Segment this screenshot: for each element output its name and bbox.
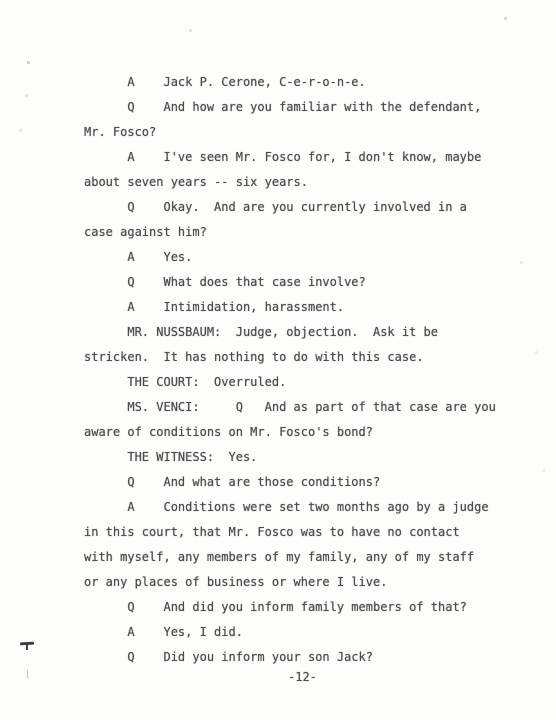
transcript-line: Q And what are those conditions? xyxy=(84,470,496,495)
transcript-line: or any places of business or where I liv… xyxy=(84,570,496,595)
transcript-line: A Jack P. Cerone, C-e-r-o-n-e. xyxy=(84,70,496,95)
transcript-line: A Yes. xyxy=(84,245,496,270)
transcript-line: THE WITNESS: Yes. xyxy=(84,445,496,470)
transcript-line: stricken. It has nothing to do with this… xyxy=(84,345,496,370)
scan-speckles xyxy=(0,0,1,1)
transcript-line: A Conditions were set two months ago by … xyxy=(84,495,496,520)
transcript-line: A Intimidation, harassment. xyxy=(84,295,496,320)
transcript-line: MR. NUSSBAUM: Judge, objection. Ask it b… xyxy=(84,320,496,345)
transcript-line: aware of conditions on Mr. Fosco's bond? xyxy=(84,420,496,445)
transcript-line: Q Okay. And are you currently involved i… xyxy=(84,195,496,220)
transcript-line: MS. VENCI: Q And as part of that case ar… xyxy=(84,395,496,420)
transcript-line: Q And did you inform family members of t… xyxy=(84,595,496,620)
transcript-line: Q And how are you familiar with the defe… xyxy=(84,95,496,120)
transcript-line: Q What does that case involve? xyxy=(84,270,496,295)
transcript-line: about seven years -- six years. xyxy=(84,170,496,195)
transcript-line: Q Did you inform your son Jack? xyxy=(84,645,496,670)
transcript-body: A Jack P. Cerone, C-e-r-o-n-e. Q And how… xyxy=(84,70,496,670)
margin-tick-mark xyxy=(20,640,35,650)
transcript-line: in this court, that Mr. Fosco was to hav… xyxy=(84,520,496,545)
transcript-line: with myself, any members of my family, a… xyxy=(84,545,496,570)
transcript-line: THE COURT: Overruled. xyxy=(84,370,496,395)
transcript-page: A Jack P. Cerone, C-e-r-o-n-e. Q And how… xyxy=(0,0,556,720)
transcript-line: A Yes, I did. xyxy=(84,620,496,645)
transcript-line: Mr. Fosco? xyxy=(84,120,496,145)
transcript-line: case against him? xyxy=(84,220,496,245)
page-number: -12- xyxy=(288,670,317,684)
transcript-line: A I've seen Mr. Fosco for, I don't know,… xyxy=(84,145,496,170)
margin-faint-tick xyxy=(27,670,28,678)
